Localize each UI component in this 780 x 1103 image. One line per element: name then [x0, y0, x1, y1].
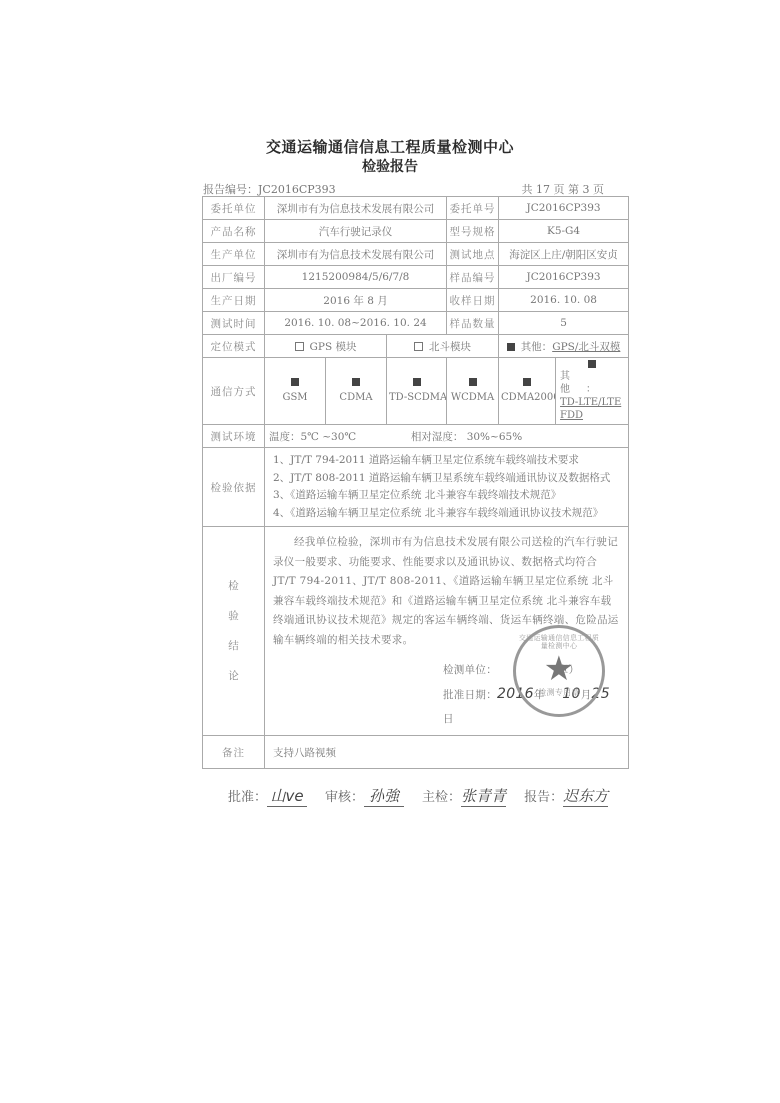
option-label: CDMA — [339, 392, 372, 403]
signature-label: 报告： — [524, 790, 563, 805]
basis-item: 2、JT/T 808-2011 道路运输车辆卫星系统车载终端通讯协议及数据格式 — [273, 470, 620, 488]
table-row: 生产单位 深圳市有为信息技术发展有限公司 测试地点 海淀区上庄/朝阳区安贞 — [203, 243, 629, 266]
basis-item: 3、《道路运输车辆卫星定位系统 北斗兼容车载终端技术规范》 — [273, 487, 620, 505]
option-cdma2000[interactable]: CDMA2000 — [499, 358, 556, 425]
page-count: 共 17 页 第 3 页 — [522, 181, 626, 197]
option-beidou[interactable]: 北斗模块 — [387, 335, 499, 358]
report-number-value: JC2016CP393 — [258, 183, 336, 196]
organization-title: 交通运输通信信息工程质量检测中心 — [0, 136, 780, 157]
testing-unit-label: 检测单位： — [443, 664, 497, 676]
field-label: 生产日期 — [203, 289, 265, 312]
option-other-value: GPS/北斗双模 — [552, 341, 620, 353]
table-row: 测试时间 2016. 10. 08~2016. 10. 24 样品数量 5 — [203, 312, 629, 335]
conclusion-label: 检 验 结 论 — [203, 527, 265, 736]
signature-reporter: 报告：迟东方 — [524, 785, 616, 807]
option-cdma[interactable]: CDMA — [326, 358, 387, 425]
basis-item: 1、JT/T 794-2011 道路运输车辆卫星定位系统车载终端技术要求 — [273, 452, 620, 470]
basis-list: 1、JT/T 794-2011 道路运输车辆卫星定位系统车载终端技术要求 2、J… — [265, 448, 629, 527]
conclusion-label-char: 检 — [205, 571, 262, 601]
conclusion-label-char: 论 — [205, 661, 262, 691]
conclusion-body: 经我单位检验，深圳市有为信息技术发展有限公司送检的汽车行驶记录仪一般要求、功能要… — [265, 527, 629, 736]
field-value: 汽车行驶记录仪 — [265, 220, 447, 243]
document-title: 检验报告 — [0, 156, 780, 176]
star-icon: ★ — [516, 652, 602, 686]
field-value: 1215200984/5/6/7/8 — [265, 266, 447, 289]
option-other-value: TD-LTE/LTE FDD — [560, 397, 621, 421]
communication-label: 通信方式 — [203, 358, 265, 425]
signature-handwriting: 张青青 — [461, 785, 506, 807]
positioning-row: 定位模式 GPS 模块 北斗模块 其他：GPS/北斗双模 — [203, 335, 629, 358]
option-label: 北斗模块 — [429, 341, 471, 353]
field-label: 委托单位 — [203, 197, 265, 220]
field-value: 2016. 10. 08~2016. 10. 24 — [265, 312, 447, 335]
checkbox-checked-icon[interactable] — [352, 378, 360, 386]
option-label: CDMA2000 — [501, 392, 556, 403]
report-table: 委托单位 深圳市有为信息技术发展有限公司 委托单号 JC2016CP393 产品… — [202, 196, 629, 769]
field-label: 委托单号 — [447, 197, 499, 220]
field-label: 测试时间 — [203, 312, 265, 335]
option-wcdma[interactable]: WCDMA — [447, 358, 499, 425]
environment-value: 温度：5℃ ~30℃ 相对湿度： 30%~65% — [265, 425, 629, 448]
option-other[interactable]: 其他：GPS/北斗双模 — [499, 335, 629, 358]
checkbox-checked-icon[interactable] — [469, 378, 477, 386]
field-value: 海淀区上庄/朝阳区安贞 — [499, 243, 629, 266]
environment-row: 测试环境 温度：5℃ ~30℃ 相对湿度： 30%~65% — [203, 425, 629, 448]
checkbox-checked-icon[interactable] — [523, 378, 531, 386]
field-value: JC2016CP393 — [499, 266, 629, 289]
option-other-comm[interactable]: 其 他 ： TD-LTE/LTE FDD — [556, 358, 629, 425]
environment-label: 测试环境 — [203, 425, 265, 448]
humidity-value: 相对湿度： 30%~65% — [411, 431, 522, 443]
option-label: 其他： — [521, 341, 553, 353]
table-row: 出厂编号 1215200984/5/6/7/8 样品编号 JC2016CP393 — [203, 266, 629, 289]
remarks-row: 备注 支持八路视频 — [203, 736, 629, 769]
field-label: 型号规格 — [447, 220, 499, 243]
checkbox-checked-icon[interactable] — [588, 360, 596, 368]
conclusion-row: 检 验 结 论 经我单位检验，深圳市有为信息技术发展有限公司送检的汽车行驶记录仪… — [203, 527, 629, 736]
signature-handwriting: 迟东方 — [563, 785, 608, 807]
option-td-scdma[interactable]: TD-SCDMA — [387, 358, 447, 425]
field-value: 深圳市有为信息技术发展有限公司 — [265, 197, 447, 220]
field-label: 样品数量 — [447, 312, 499, 335]
option-label: 其 他 ： — [560, 371, 599, 395]
table-row: 生产日期 2016 年 8 月 收样日期 2016. 10. 08 — [203, 289, 629, 312]
remarks-value: 支持八路视频 — [265, 736, 629, 769]
table-row: 产品名称 汽车行驶记录仪 型号规格 K5-G4 — [203, 220, 629, 243]
signature-label: 批准： — [228, 790, 267, 805]
signature-chief-inspector: 主检：张青青 — [422, 785, 514, 807]
field-value: 深圳市有为信息技术发展有限公司 — [265, 243, 447, 266]
official-seal-stamp: 交通运输通信信息工程质量检测中心 ★ 检测专用章 — [513, 625, 605, 717]
positioning-label: 定位模式 — [203, 335, 265, 358]
stamp-text: 交通运输通信信息工程质量检测中心 — [516, 634, 602, 650]
remarks-label: 备注 — [203, 736, 265, 769]
report-meta: 报告编号：JC2016CP393 共 17 页 第 3 页 — [203, 181, 626, 197]
basis-item: 4、《道路运输车辆卫星定位系统 北斗兼容车载终端通讯协议技术规范》 — [273, 505, 620, 523]
basis-label: 检验依据 — [203, 448, 265, 527]
checkbox-checked-icon[interactable] — [507, 343, 515, 351]
option-gps[interactable]: GPS 模块 — [265, 335, 387, 358]
option-label: GPS 模块 — [310, 341, 357, 353]
signature-handwriting: 孙強 — [364, 785, 404, 807]
communication-row: 通信方式 GSM CDMA TD-SCDMA WCDMA CDMA2000 其 … — [203, 358, 629, 425]
basis-row: 检验依据 1、JT/T 794-2011 道路运输车辆卫星定位系统车载终端技术要… — [203, 448, 629, 527]
field-value: 2016. 10. 08 — [499, 289, 629, 312]
field-value: 2016 年 8 月 — [265, 289, 447, 312]
day-suffix: 日 — [443, 713, 454, 725]
checkbox-unchecked-icon[interactable] — [414, 342, 423, 351]
field-label: 出厂编号 — [203, 266, 265, 289]
checkbox-unchecked-icon[interactable] — [295, 342, 304, 351]
field-label: 产品名称 — [203, 220, 265, 243]
field-value: 5 — [499, 312, 629, 335]
option-label: TD-SCDMA — [389, 392, 447, 403]
table-row: 委托单位 深圳市有为信息技术发展有限公司 委托单号 JC2016CP393 — [203, 197, 629, 220]
stamp-bottom-text: 检测专用章 — [516, 683, 602, 703]
conclusion-label-char: 结 — [205, 631, 262, 661]
signature-handwriting: 山ve — [267, 785, 307, 807]
option-label: WCDMA — [451, 392, 494, 403]
signature-reviewer: 审核：孙強 — [325, 785, 412, 807]
field-value: JC2016CP393 — [499, 197, 629, 220]
option-gsm[interactable]: GSM — [265, 358, 326, 425]
report-number-label: 报告编号： — [203, 183, 258, 196]
field-label: 生产单位 — [203, 243, 265, 266]
field-label: 收样日期 — [447, 289, 499, 312]
signature-label: 审核： — [325, 790, 364, 805]
field-value: K5-G4 — [499, 220, 629, 243]
field-label: 测试地点 — [447, 243, 499, 266]
checkbox-checked-icon[interactable] — [413, 378, 421, 386]
conclusion-label-char: 验 — [205, 601, 262, 631]
temperature-value: 温度：5℃ ~30℃ — [269, 431, 356, 443]
signature-line: 批准：山ve 审核：孙強 主检：张青青 报告：迟东方 — [228, 785, 616, 807]
approval-date-label: 批准日期： — [443, 689, 497, 701]
signature-approver: 批准：山ve — [228, 785, 315, 807]
checkbox-checked-icon[interactable] — [291, 378, 299, 386]
report-number: 报告编号：JC2016CP393 — [203, 181, 336, 197]
field-label: 样品编号 — [447, 266, 499, 289]
option-label: GSM — [282, 392, 307, 403]
signature-label: 主检： — [422, 790, 461, 805]
